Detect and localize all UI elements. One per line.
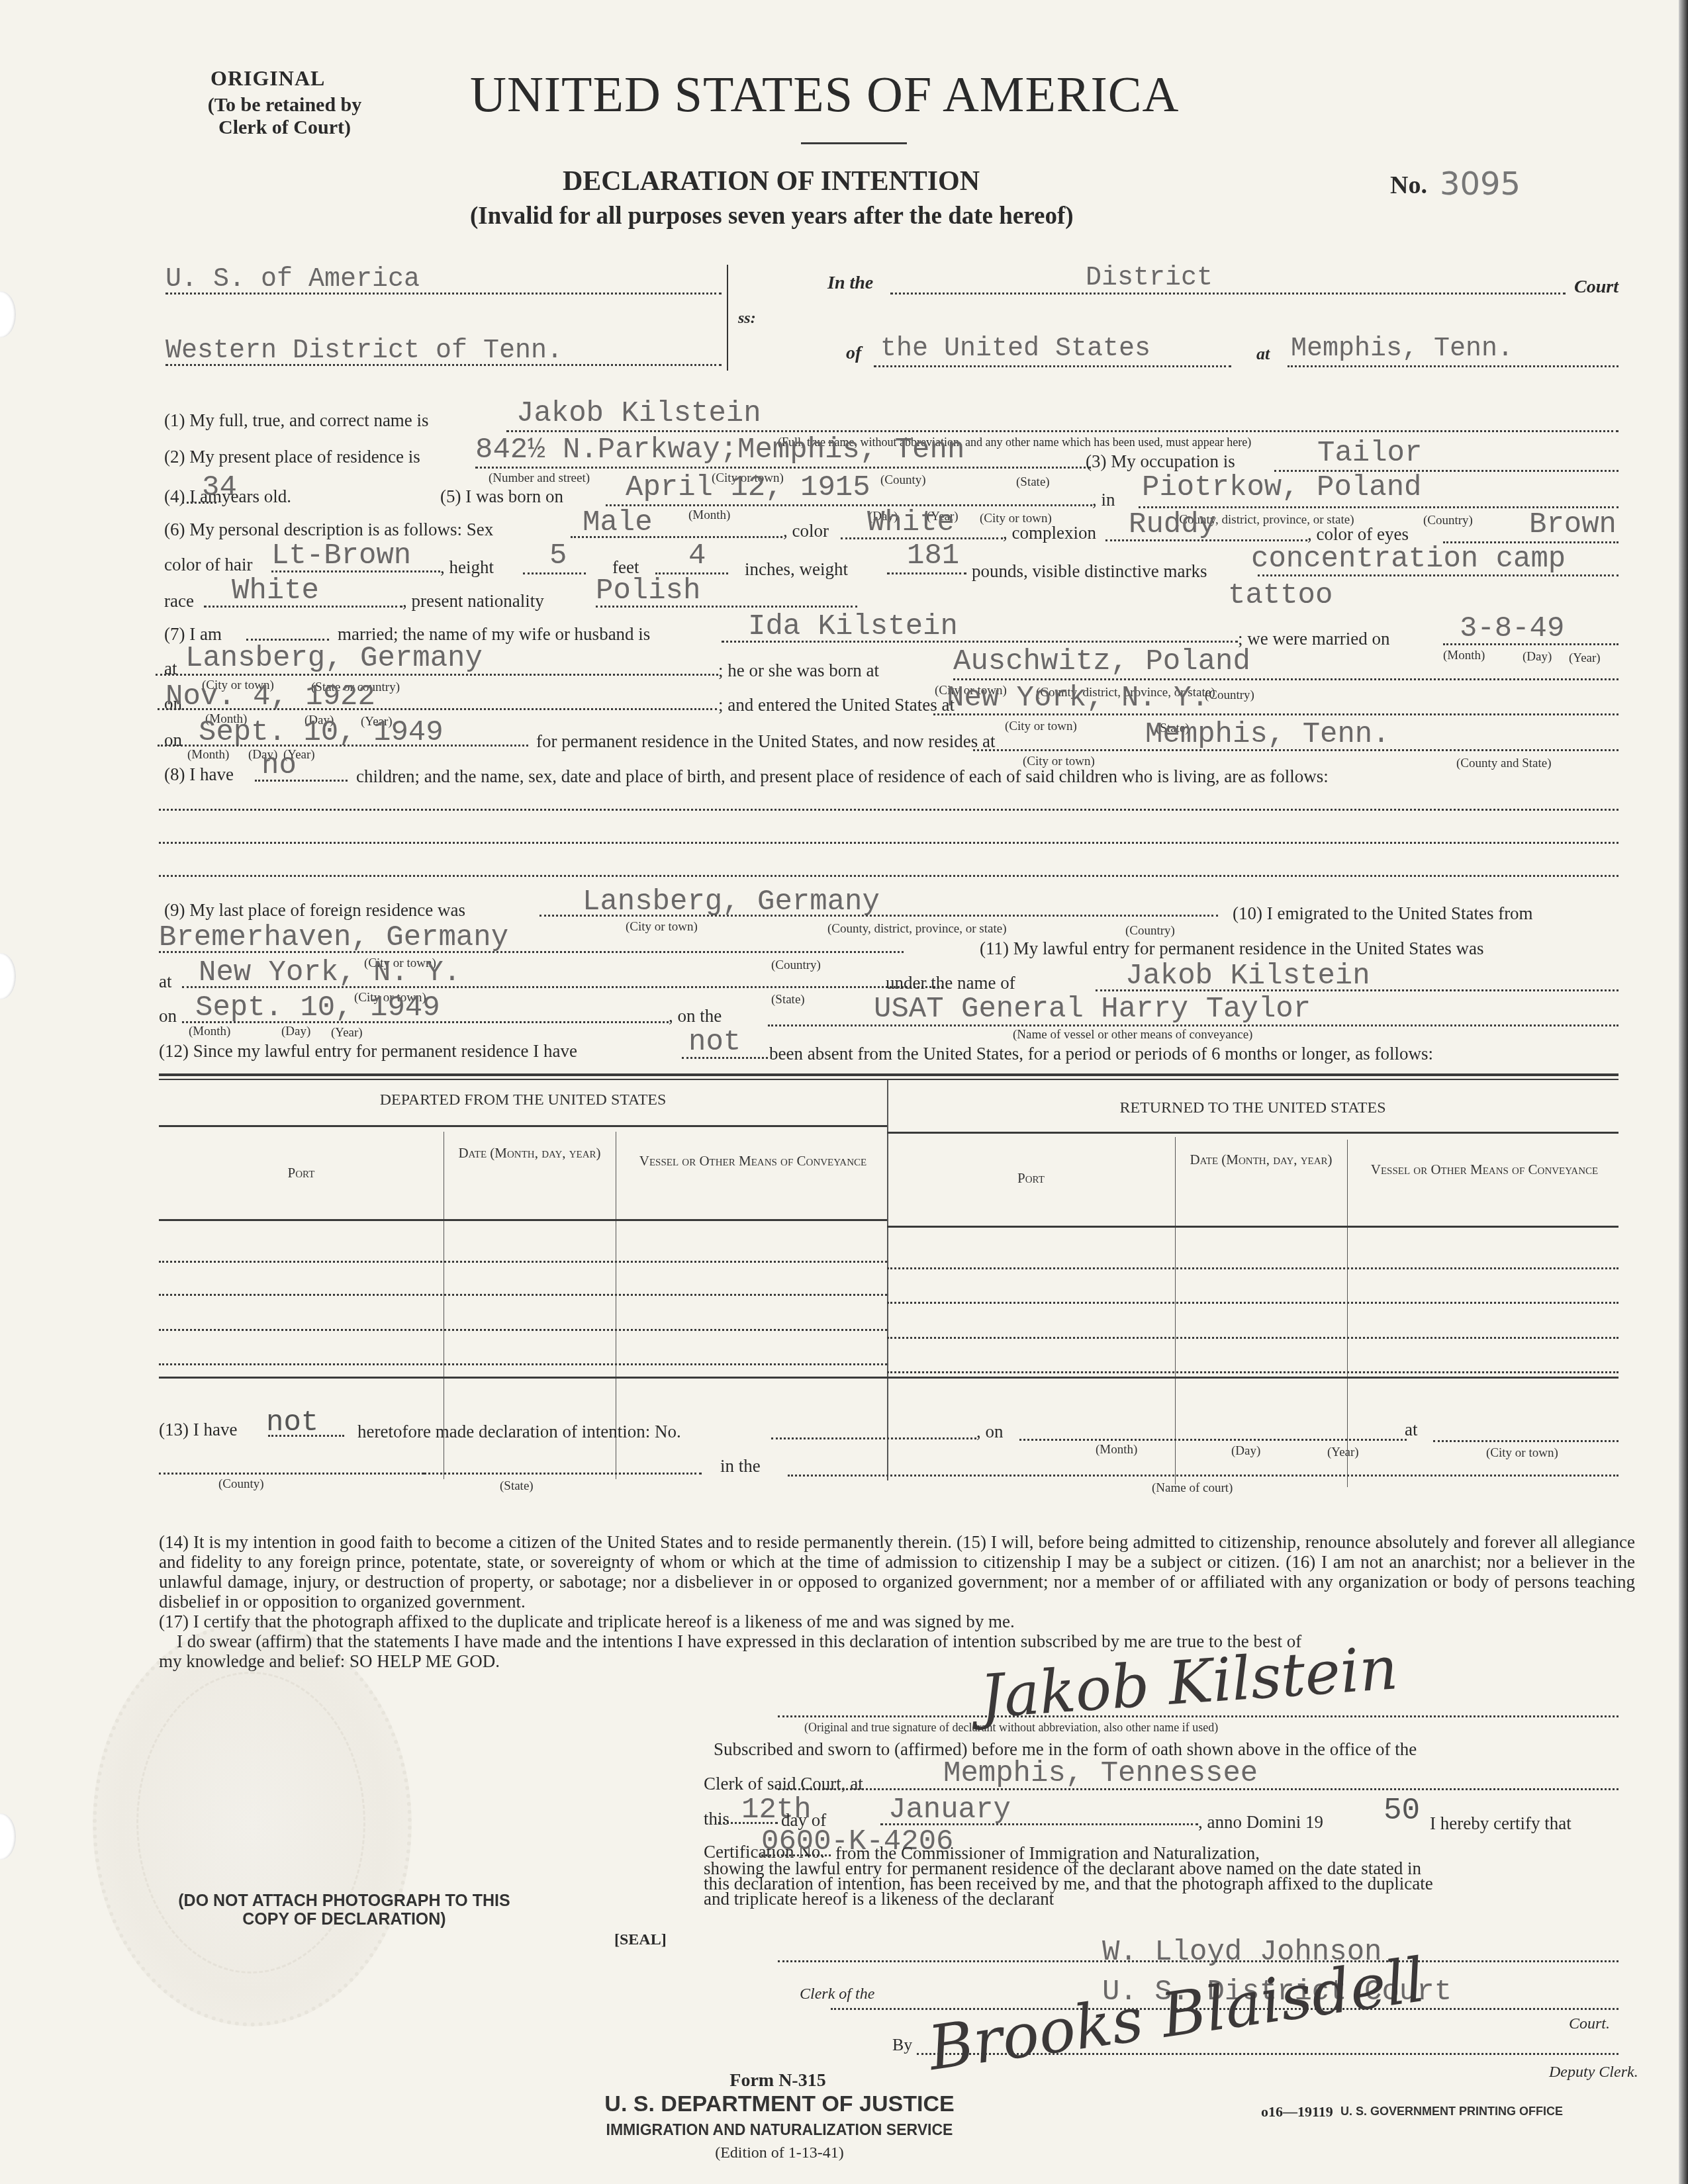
field-line xyxy=(768,1024,1618,1026)
q8-text: children; and the name, sex, date and pl… xyxy=(356,766,1329,787)
copy-note-line1: (To be retained by xyxy=(159,94,410,116)
q12-label: (12) Since my lawful entry for permanent… xyxy=(159,1041,577,1062)
absence-field: not xyxy=(688,1026,741,1059)
cert-text-line4: and triplicate hereof is a likeness of t… xyxy=(704,1889,1054,1909)
hint-county-state: (County and State) xyxy=(1456,756,1552,771)
col-header-date: Date (Month, day, year) xyxy=(444,1145,616,1161)
field-line xyxy=(1096,989,1618,991)
jurat-place-field: Memphis, Tennessee xyxy=(943,1757,1258,1790)
field-line xyxy=(1258,574,1618,576)
col-divider xyxy=(1347,1140,1348,1487)
table-row[interactable] xyxy=(887,1302,1618,1304)
table-top-rule-thin xyxy=(159,1079,1618,1080)
q13-label: (13) I have xyxy=(159,1420,237,1440)
col-header-vessel: Vessel or Other Means of Conveyance xyxy=(619,1153,887,1169)
field-line xyxy=(571,536,782,538)
q13-text: heretofore made declaration of intention… xyxy=(357,1422,681,1442)
edition-note: (Edition of 1-13-41) xyxy=(596,2144,963,2162)
married-date-field: 3-8-49 xyxy=(1460,612,1564,645)
field-line xyxy=(1105,539,1307,541)
col-header-port: Port xyxy=(887,1170,1175,1186)
field-line xyxy=(159,951,904,953)
height-feet-field: 5 xyxy=(549,539,567,572)
q5-label: (5) I was born on xyxy=(440,486,563,507)
table-row[interactable] xyxy=(159,1363,887,1365)
field-line xyxy=(973,749,1618,751)
vessel-label: , on the xyxy=(669,1006,722,1026)
field-line xyxy=(682,1057,768,1059)
marks-label: pounds, visible distinctive marks xyxy=(972,561,1207,582)
field-line xyxy=(722,641,1238,643)
title-rule xyxy=(801,142,907,144)
print-code: o16—19119 xyxy=(1261,2103,1333,2120)
court-location: Memphis, Tenn. xyxy=(1291,334,1513,364)
page-title: UNITED STATES OF AMERICA xyxy=(470,66,1179,124)
binder-hole xyxy=(0,291,16,338)
court-of: the United States xyxy=(880,334,1150,364)
children-count-field: no xyxy=(261,749,297,782)
field-line xyxy=(1288,365,1618,367)
field-line xyxy=(156,674,718,676)
hint-county-district: (County, district, province, or state) xyxy=(827,922,1007,936)
full-name-field: Jakob Kilstein xyxy=(516,397,761,430)
jurisdiction-line2: Western District of Tenn. xyxy=(165,336,563,366)
hint-number-street: (Number and street) xyxy=(489,471,590,486)
field-line xyxy=(718,1822,778,1824)
birth-place-field: Piotrkow, Poland xyxy=(1142,471,1421,504)
this-label: this xyxy=(704,1809,729,1829)
q11-label: (11) My lawful entry for permanent resid… xyxy=(980,938,1484,959)
spouse-entered-label: ; and entered the United States at xyxy=(718,695,955,715)
q2-label: (2) My present place of residence is xyxy=(164,447,420,467)
service-name: IMMIGRATION AND NATURALIZATION SERVICE xyxy=(596,2121,963,2139)
field-line xyxy=(182,986,943,988)
spouse-resides-label: for permanent residence in the United St… xyxy=(536,731,996,752)
married-place-field: Lansberg, Germany xyxy=(185,642,483,675)
q6-label: (6) My personal description is as follow… xyxy=(164,520,493,540)
field-line xyxy=(165,293,722,295)
q9-label: (9) My last place of foreign residence w… xyxy=(164,900,465,921)
embossed-court-seal xyxy=(93,1621,412,2026)
field-line xyxy=(778,1960,1618,1962)
complexion-label: , complexion xyxy=(1003,523,1096,543)
prior-city-field[interactable] xyxy=(1433,1440,1618,1442)
eyes-field: Brown xyxy=(1529,508,1617,541)
hint-court: (Name of court) xyxy=(1152,1481,1233,1496)
col-divider xyxy=(1175,1137,1176,1484)
weight-field: 181 xyxy=(907,539,959,572)
hint-month: (Month) xyxy=(1443,649,1485,663)
prior-date-field[interactable] xyxy=(1019,1439,1407,1441)
birth-date-field: April 12, 1915 xyxy=(626,471,870,504)
marks-field-line2: tattoo xyxy=(1228,579,1333,612)
q8-label: (8) I have xyxy=(164,764,234,785)
age-suffix: years old. xyxy=(222,486,291,507)
validity-note: (Invalid for all purposes seven years af… xyxy=(470,202,1074,230)
signature-line xyxy=(778,1715,1618,1717)
header-rule xyxy=(887,1132,1618,1134)
field-line xyxy=(890,293,1566,295)
court-type: District xyxy=(1086,263,1213,293)
col-header-port: Port xyxy=(159,1165,444,1181)
jurat-year-field: 50 xyxy=(1383,1794,1420,1828)
married-on-label: ; we were married on xyxy=(1238,629,1389,649)
prior-county-field[interactable] xyxy=(159,1473,424,1475)
copy-note-line2: Clerk of Court) xyxy=(159,116,410,139)
court-label: Court xyxy=(1574,277,1618,298)
field-line xyxy=(182,502,216,504)
inches-weight-label: inches, weight xyxy=(745,559,848,580)
table-top-rule xyxy=(159,1073,1618,1076)
hint-year: (Year) xyxy=(1327,1445,1359,1460)
hint-state: (State) xyxy=(1016,475,1050,490)
prior-number-field[interactable] xyxy=(771,1437,976,1439)
last-foreign-residence-field: Lansberg, Germany xyxy=(583,886,880,919)
occupation-field: Tailor xyxy=(1317,437,1422,470)
oath-line-17: (17) I certify that the photograph affix… xyxy=(159,1612,1015,1632)
field-line xyxy=(204,606,402,608)
field-line xyxy=(933,713,1618,715)
entry-at-label: at xyxy=(159,972,172,992)
seal-label: [SEAL] xyxy=(614,1931,667,1949)
race-field: White xyxy=(232,574,319,608)
q3-label: (3) My occupation is xyxy=(1086,451,1235,472)
at-label: at xyxy=(1405,1420,1418,1440)
field-line xyxy=(475,467,1091,469)
form-subtitle: DECLARATION OF INTENTION xyxy=(563,165,980,197)
jurisdiction-line1: U. S. of America xyxy=(165,265,420,295)
field-line xyxy=(246,639,329,641)
column-header-rule xyxy=(159,1219,887,1221)
hint-day: (Day) xyxy=(281,1024,310,1039)
field-line xyxy=(778,1788,1618,1790)
in-label: , in xyxy=(1092,490,1115,510)
deputy-clerk-label: Deputy Clerk. xyxy=(1549,2064,1638,2081)
field-line xyxy=(271,570,440,572)
field-line xyxy=(506,430,1618,432)
entry-on-label: on xyxy=(159,1006,177,1026)
oath-paragraph: (14) It is my intention in good faith to… xyxy=(159,1532,1635,1612)
field-line xyxy=(158,708,717,710)
entry-place-field: New York, N. Y. xyxy=(199,956,461,989)
anno-domini-label: , anno Domini 19 xyxy=(1198,1812,1323,1833)
entry-name-field: Jakob Kilstein xyxy=(1125,960,1370,993)
hint-country: (Country) xyxy=(1423,514,1473,528)
header-rule xyxy=(159,1125,887,1127)
residence-field: 842½ N.Parkway;Memphis, Tenn xyxy=(475,433,964,467)
field-line xyxy=(761,1854,831,1856)
field-line xyxy=(953,678,1618,680)
spouse-entry-on-label: on xyxy=(164,730,182,751)
children-line[interactable] xyxy=(159,875,1618,877)
of-label: of xyxy=(846,343,861,364)
race-label: race xyxy=(164,591,194,612)
table-divider xyxy=(887,1080,888,1480)
height-label: , height xyxy=(440,557,494,578)
certify-label: I hereby certify that xyxy=(1430,1813,1571,1834)
hint-state: (State) xyxy=(500,1479,534,1494)
field-line xyxy=(255,780,348,782)
hint-month: (Month) xyxy=(187,748,229,762)
number-label: No. xyxy=(1390,171,1427,200)
ss-label: ss: xyxy=(738,310,756,328)
married-at-label: at xyxy=(164,659,177,679)
marks-field-line1: concentration camp xyxy=(1251,543,1566,576)
q10-label: (10) I emigrated to the United States fr… xyxy=(1233,903,1533,924)
department-name: U. S. DEPARTMENT OF JUSTICE xyxy=(596,2091,963,2117)
jurat-month-field: January xyxy=(888,1794,1011,1827)
photo-note-line2: COPY OF DECLARATION) xyxy=(159,1910,530,1929)
spouse-birthplace-field: Auschwitz, Poland xyxy=(953,645,1250,678)
color-label: , color xyxy=(783,521,829,541)
by-label: By xyxy=(892,2035,912,2055)
field-line xyxy=(268,1435,344,1437)
q1-label: (1) My full, true, and correct name is xyxy=(164,410,429,431)
binder-hole xyxy=(0,953,16,999)
entry-name-label: under the name of xyxy=(886,973,1015,993)
paper-edge-shadow xyxy=(1679,0,1688,2184)
oath-swear-line1: I do swear (affirm) that the statements … xyxy=(177,1631,1301,1652)
complexion-field: Ruddy xyxy=(1129,508,1216,541)
form-number: Form N-315 xyxy=(662,2070,894,2091)
at-label: at xyxy=(1256,344,1270,364)
spouse-residence-field: Memphis, Tenn. xyxy=(1145,718,1390,751)
spouse-name-field: Ida Kilstein xyxy=(748,610,958,643)
hint-day: (Day) xyxy=(1231,1444,1260,1459)
entry-date-field: Sept. 10, 1949 xyxy=(195,991,440,1024)
hint-year: (Year) xyxy=(331,1026,363,1040)
printer-name: U. S. GOVERNMENT PRINTING OFFICE xyxy=(1340,2105,1563,2118)
q12-text: been absent from the United States, for … xyxy=(769,1044,1433,1064)
field-line xyxy=(887,572,966,574)
hint-month: (Month) xyxy=(1096,1443,1137,1457)
signature-hint: (Original and true signature of declaran… xyxy=(804,1721,1218,1735)
table-row[interactable] xyxy=(159,1261,887,1263)
vessel-hint: (Name of vessel or other means of convey… xyxy=(1013,1028,1252,1042)
departed-header: DEPARTED FROM THE UNITED STATES xyxy=(159,1092,887,1108)
hint-year: (Year) xyxy=(1569,651,1601,666)
hint-country: (Country) xyxy=(1205,688,1254,703)
clerk-at-label: Clerk of said Court, at xyxy=(704,1774,863,1794)
hint-city: (City or town) xyxy=(626,920,698,934)
on-label: , on xyxy=(976,1422,1004,1442)
height-inches-field: 4 xyxy=(688,539,706,572)
eyes-label: , color of eyes xyxy=(1307,524,1409,545)
column-header-rule xyxy=(887,1226,1618,1228)
court-suffix-label: Court. xyxy=(1569,2015,1610,2033)
hint-state: (State) xyxy=(771,993,805,1007)
spouse-born-label: ; he or she was born at xyxy=(718,660,879,681)
hint-county: (County) xyxy=(880,473,926,488)
photo-note-line1: (DO NOT ATTACH PHOTOGRAPH TO THIS xyxy=(159,1891,530,1911)
hint-month: (Month) xyxy=(189,1024,230,1039)
color-field: White xyxy=(867,506,955,539)
table-row[interactable] xyxy=(887,1371,1618,1373)
children-line[interactable] xyxy=(159,809,1618,811)
in-the-label: in the xyxy=(720,1456,761,1477)
in-the-label: In the xyxy=(827,273,873,294)
prior-state-field[interactable] xyxy=(424,1473,702,1475)
field-line xyxy=(523,572,586,574)
col-header-vessel: Vessel or Other Means of Conveyance xyxy=(1350,1161,1618,1177)
hint-day: (Day) xyxy=(1523,650,1552,664)
table-bottom-rule xyxy=(159,1377,1618,1379)
field-line xyxy=(1443,643,1618,645)
hint-country: (Country) xyxy=(771,958,821,973)
field-line xyxy=(182,1021,669,1023)
table-row[interactable] xyxy=(887,1337,1618,1339)
table-row[interactable] xyxy=(887,1267,1618,1269)
hint-city: (City or town) xyxy=(1005,719,1077,734)
vessel-field: USAT General Harry Taylor xyxy=(874,993,1311,1026)
clerk-of-label: Clerk of the xyxy=(800,1985,874,2003)
hint-county: (County) xyxy=(218,1477,264,1492)
nationality-label: , present nationality xyxy=(402,591,544,612)
field-line xyxy=(158,745,528,747)
field-line xyxy=(874,365,1231,367)
copy-label: ORIGINAL xyxy=(211,66,325,91)
hint-city: (City or town) xyxy=(1486,1446,1558,1461)
children-line[interactable] xyxy=(159,842,1618,844)
table-row[interactable] xyxy=(159,1294,887,1296)
table-row[interactable] xyxy=(159,1329,887,1331)
spouse-entry-place-field: New York, N. Y. xyxy=(947,682,1209,715)
field-line xyxy=(165,364,722,366)
oath-swear-line2: my knowledge and belief: SO HELP ME GOD. xyxy=(159,1651,500,1672)
hair-field: Lt-Brown xyxy=(271,539,411,572)
field-line xyxy=(596,606,857,608)
col-header-date: Date (Month, day, year) xyxy=(1175,1152,1347,1167)
binder-hole xyxy=(0,1813,16,1860)
hair-label: color of hair xyxy=(164,555,252,575)
venue-bracket xyxy=(727,265,728,371)
field-line xyxy=(606,504,1092,506)
hint-month: (Month) xyxy=(688,508,730,523)
sex-field: Male xyxy=(583,506,653,539)
declaration-number: 3095 xyxy=(1440,165,1521,203)
hint-country: (Country) xyxy=(1125,924,1175,938)
emigrated-from-field: Bremerhaven, Germany xyxy=(159,921,508,954)
field-line xyxy=(917,2053,1618,2055)
prior-court-field[interactable] xyxy=(788,1475,1618,1477)
returned-header: RETURNED TO THE UNITED STATES xyxy=(887,1100,1618,1116)
nationality-field: Polish xyxy=(596,574,700,608)
field-line xyxy=(539,915,1218,917)
